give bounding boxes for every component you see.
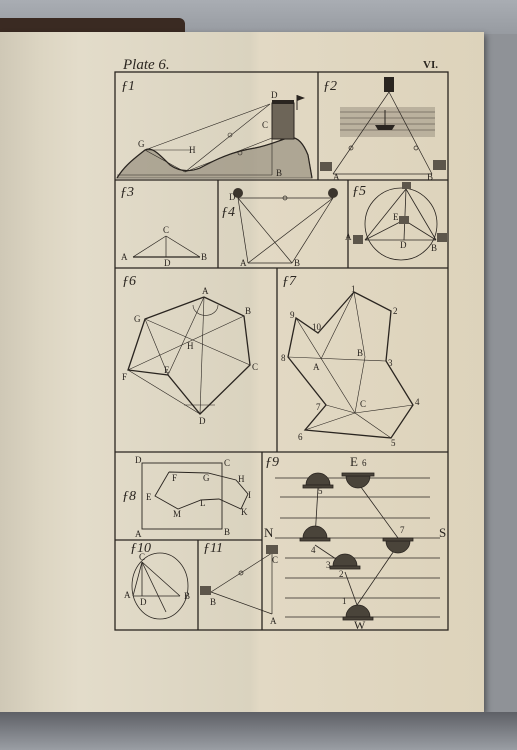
svg-text:ƒ2: ƒ2 — [323, 79, 337, 94]
svg-text:C: C — [252, 362, 258, 372]
svg-text:C: C — [139, 552, 145, 562]
svg-text:E: E — [350, 454, 358, 469]
svg-text:10: 10 — [312, 322, 322, 332]
svg-text:D: D — [400, 240, 407, 250]
svg-text:ƒ1: ƒ1 — [121, 79, 135, 94]
svg-text:H: H — [238, 474, 245, 484]
svg-text:4: 4 — [415, 397, 420, 407]
svg-text:5: 5 — [391, 438, 396, 448]
svg-text:A: A — [135, 529, 142, 539]
svg-text:D: D — [140, 597, 147, 607]
svg-text:7: 7 — [316, 402, 321, 412]
figure-1: ƒ1 D C G H B — [117, 79, 312, 178]
figure-4: D ƒ4 A B — [221, 188, 338, 268]
svg-text:H: H — [187, 341, 194, 351]
svg-text:L: L — [200, 498, 206, 508]
svg-text:8: 8 — [281, 353, 286, 363]
svg-text:B: B — [357, 348, 363, 358]
svg-text:A: A — [202, 286, 209, 296]
svg-text:E: E — [393, 212, 399, 222]
svg-text:ƒ8: ƒ8 — [122, 489, 136, 504]
svg-text:D: D — [199, 416, 206, 426]
svg-text:ƒ3: ƒ3 — [120, 185, 134, 200]
svg-text:C: C — [163, 225, 169, 235]
svg-text:C: C — [224, 458, 230, 468]
svg-text:B: B — [224, 527, 230, 537]
svg-text:B: B — [294, 258, 300, 268]
figure-11: ƒ11 C B A — [200, 541, 278, 626]
engraved-plate: ƒ1 D C G H B ƒ2 A B — [0, 0, 517, 750]
svg-text:1: 1 — [351, 284, 356, 294]
svg-text:C: C — [360, 399, 366, 409]
svg-text:B: B — [276, 168, 282, 178]
svg-text:F: F — [172, 473, 177, 483]
figure-2: ƒ2 A B — [320, 77, 446, 182]
figure-5: ƒ5 E D A B — [345, 182, 447, 260]
svg-text:2: 2 — [339, 569, 344, 579]
figure-9: ƒ9 E N S W 1 2 3 4 5 6 7 — [264, 454, 446, 632]
svg-text:E: E — [164, 365, 170, 375]
svg-text:6: 6 — [362, 458, 367, 468]
svg-text:3: 3 — [388, 358, 393, 368]
svg-text:A: A — [270, 616, 277, 626]
svg-text:A: A — [240, 258, 247, 268]
svg-text:W: W — [354, 618, 366, 632]
svg-text:ƒ6: ƒ6 — [122, 274, 136, 289]
svg-text:ƒ7: ƒ7 — [282, 274, 297, 289]
svg-text:G: G — [138, 139, 145, 149]
svg-text:3: 3 — [326, 560, 331, 570]
figure-6: ƒ6 A B C D E F G H — [122, 274, 258, 426]
svg-text:A: A — [313, 362, 320, 372]
svg-text:9: 9 — [290, 310, 295, 320]
svg-text:H: H — [189, 145, 196, 155]
svg-text:2: 2 — [393, 306, 398, 316]
svg-text:F: F — [122, 372, 127, 382]
svg-text:D: D — [271, 90, 278, 100]
figure-7: ƒ7 1 2 3 4 5 6 7 8 9 10 A B C — [281, 274, 420, 448]
svg-text:B: B — [427, 172, 433, 182]
svg-text:G: G — [203, 473, 210, 483]
svg-text:S: S — [439, 525, 446, 540]
figure-10: ƒ10 C A D B — [124, 541, 190, 619]
svg-text:7: 7 — [400, 525, 405, 535]
svg-text:ƒ9: ƒ9 — [265, 455, 279, 470]
svg-text:B: B — [201, 252, 207, 262]
svg-text:D: D — [229, 192, 236, 202]
svg-text:ƒ11: ƒ11 — [203, 541, 223, 556]
svg-text:I: I — [248, 490, 251, 500]
svg-text:N: N — [264, 525, 274, 540]
svg-text:ƒ5: ƒ5 — [352, 184, 366, 199]
svg-text:B: B — [184, 591, 190, 601]
figure-3: ƒ3 C A D B — [120, 185, 207, 268]
svg-text:6: 6 — [298, 432, 303, 442]
svg-text:C: C — [262, 120, 268, 130]
svg-text:A: A — [345, 232, 352, 242]
svg-text:1: 1 — [342, 596, 347, 606]
svg-text:ƒ4: ƒ4 — [221, 205, 235, 220]
svg-text:A: A — [333, 172, 340, 182]
svg-text:B: B — [210, 597, 216, 607]
svg-text:G: G — [134, 314, 141, 324]
svg-text:E: E — [146, 492, 152, 502]
svg-text:B: B — [431, 243, 437, 253]
svg-text:A: A — [124, 590, 131, 600]
svg-text:M: M — [173, 509, 181, 519]
svg-text:4: 4 — [311, 545, 316, 555]
svg-text:B: B — [245, 306, 251, 316]
svg-text:K: K — [241, 507, 248, 517]
svg-text:D: D — [135, 455, 142, 465]
svg-text:A: A — [121, 252, 128, 262]
svg-text:D: D — [164, 258, 171, 268]
svg-text:5: 5 — [318, 486, 323, 496]
figure-8: D C A B ƒ8 F G H I K L M E — [122, 455, 251, 539]
svg-text:C: C — [272, 555, 278, 565]
